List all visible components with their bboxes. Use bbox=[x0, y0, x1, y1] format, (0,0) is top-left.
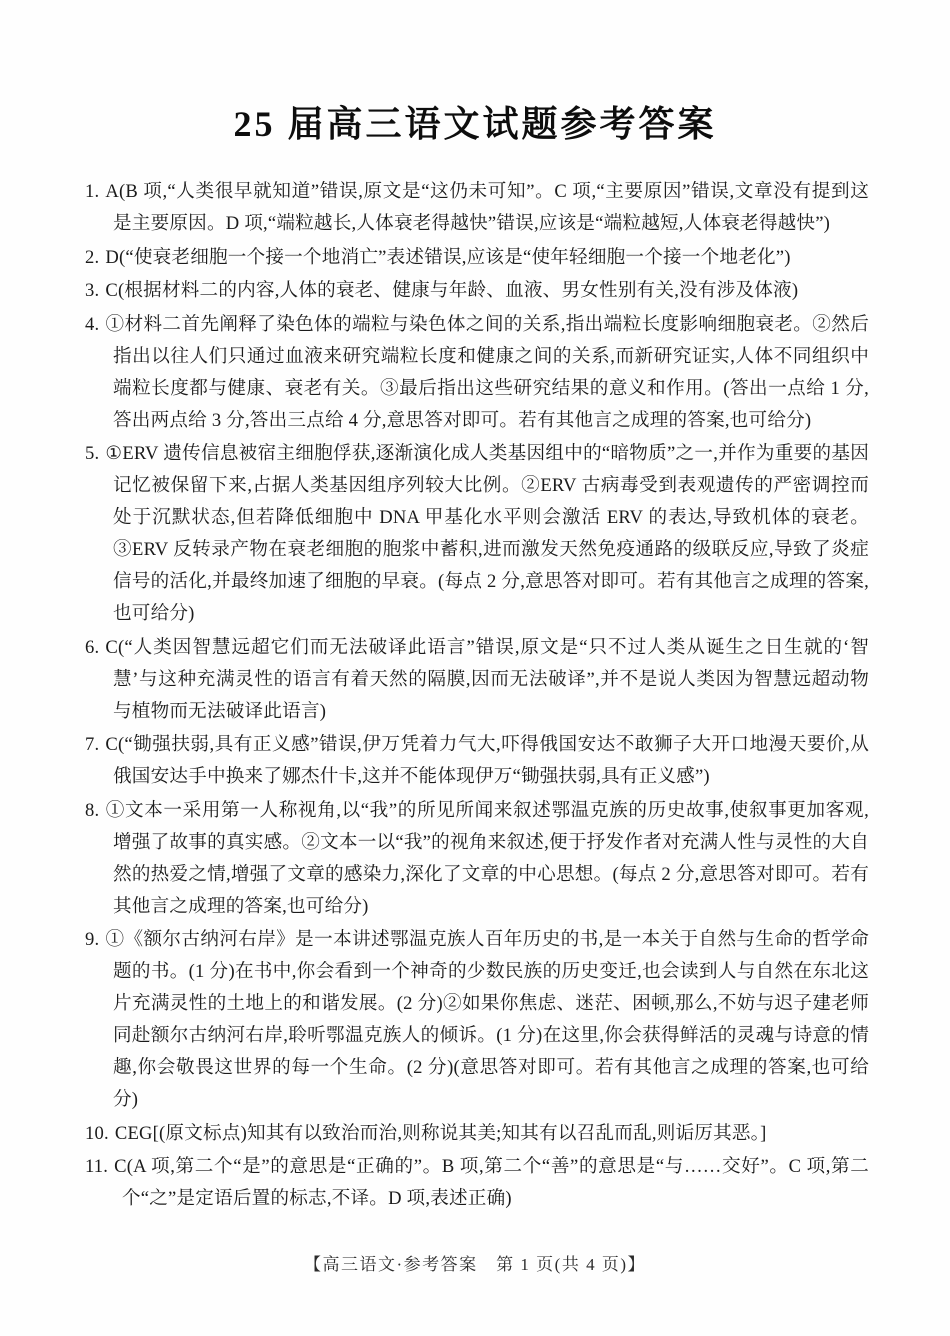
answer-item-number: 7. bbox=[85, 734, 99, 755]
answer-item: 9.①《额尔古纳河右岸》是一本讲述鄂温克族人百年历史的书,是一本关于自然与生命的… bbox=[85, 924, 869, 1116]
answer-item: 3.C(根据材料二的内容,人体的衰老、健康与年龄、血液、男女性别有关,没有涉及体… bbox=[85, 275, 869, 307]
answer-item: 1.A(B 项,“人类很早就知道”错误,原文是“这仍未可知”。C 项,“主要原因… bbox=[85, 176, 869, 240]
answer-item-text: CEG[(原文标点)知其有以致治而治,则称说其美;知其有以召乱而乱,则诟厉其恶。… bbox=[115, 1123, 767, 1144]
answer-item: 6.C(“人类因智慧远超它们而无法破译此语言”错误,原文是“只不过人类从诞生之日… bbox=[85, 632, 869, 728]
answer-item-text: C(A 项,第二个“是”的意思是“正确的”。B 项,第二个“善”的意思是“与……… bbox=[114, 1156, 869, 1209]
answer-item-text: C(“锄强扶弱,具有正义感”错误,伊万凭着力气大,吓得俄国安达不敢狮子大开口地漫… bbox=[105, 734, 869, 787]
answer-list: 1.A(B 项,“人类很早就知道”错误,原文是“这仍未可知”。C 项,“主要原因… bbox=[85, 176, 869, 1217]
answer-item-number: 6. bbox=[85, 637, 99, 658]
page-footer: 【高三语文·参考答案 第 1 页(共 4 页)】 bbox=[0, 1250, 950, 1275]
answer-item-number: 2. bbox=[85, 247, 99, 268]
answer-item-number: 4. bbox=[85, 314, 99, 335]
page-title: 25 届高三语文试题参考答案 bbox=[0, 96, 950, 147]
answer-item-text: A(B 项,“人类很早就知道”错误,原文是“这仍未可知”。C 项,“主要原因”错… bbox=[105, 181, 869, 234]
answer-item-text: ①《额尔古纳河右岸》是一本讲述鄂温克族人百年历史的书,是一本关于自然与生命的哲学… bbox=[105, 929, 869, 1110]
answer-item: 11.C(A 项,第二个“是”的意思是“正确的”。B 项,第二个“善”的意思是“… bbox=[85, 1151, 869, 1215]
answer-item-text: ①文本一采用第一人称视角,以“我”的所见所闻来叙述鄂温克族的历史故事,使叙事更加… bbox=[105, 800, 869, 917]
answer-item-text: C(“人类因智慧远超它们而无法破译此语言”错误,原文是“只不过人类从诞生之日生就… bbox=[105, 637, 869, 722]
answer-item-text: D(“使衰老细胞一个接一个地消亡”表述错误,应该是“使年轻细胞一个接一个地老化”… bbox=[105, 247, 790, 268]
answer-item-number: 10. bbox=[85, 1123, 109, 1144]
answer-item: 8.①文本一采用第一人称视角,以“我”的所见所闻来叙述鄂温克族的历史故事,使叙事… bbox=[85, 795, 869, 923]
answer-item-number: 11. bbox=[85, 1156, 108, 1177]
answer-item-number: 9. bbox=[85, 929, 99, 950]
answer-item: 5.①ERV 遗传信息被宿主细胞俘获,逐渐演化成人类基因组中的“暗物质”之一,并… bbox=[85, 438, 869, 630]
answer-item-text: ①ERV 遗传信息被宿主细胞俘获,逐渐演化成人类基因组中的“暗物质”之一,并作为… bbox=[105, 443, 869, 624]
exam-answer-key-page: 25 届高三语文试题参考答案 1.A(B 项,“人类很早就知道”错误,原文是“这… bbox=[0, 0, 950, 1336]
answer-item-number: 3. bbox=[85, 280, 99, 301]
answer-item: 4.①材料二首先阐释了染色体的端粒与染色体之间的关系,指出端粒长度影响细胞衰老。… bbox=[85, 309, 869, 437]
answer-item-number: 5. bbox=[85, 443, 99, 464]
answer-item-text: C(根据材料二的内容,人体的衰老、健康与年龄、血液、男女性别有关,没有涉及体液) bbox=[105, 280, 798, 301]
answer-item-number: 8. bbox=[85, 800, 99, 821]
answer-item-text: ①材料二首先阐释了染色体的端粒与染色体之间的关系,指出端粒长度影响细胞衰老。②然… bbox=[105, 314, 869, 431]
answer-item: 7.C(“锄强扶弱,具有正义感”错误,伊万凭着力气大,吓得俄国安达不敢狮子大开口… bbox=[85, 729, 869, 793]
answer-item: 10.CEG[(原文标点)知其有以致治而治,则称说其美;知其有以召乱而乱,则诟厉… bbox=[85, 1118, 869, 1150]
answer-item: 2.D(“使衰老细胞一个接一个地消亡”表述错误,应该是“使年轻细胞一个接一个地老… bbox=[85, 242, 869, 274]
answer-item-number: 1. bbox=[85, 181, 99, 202]
